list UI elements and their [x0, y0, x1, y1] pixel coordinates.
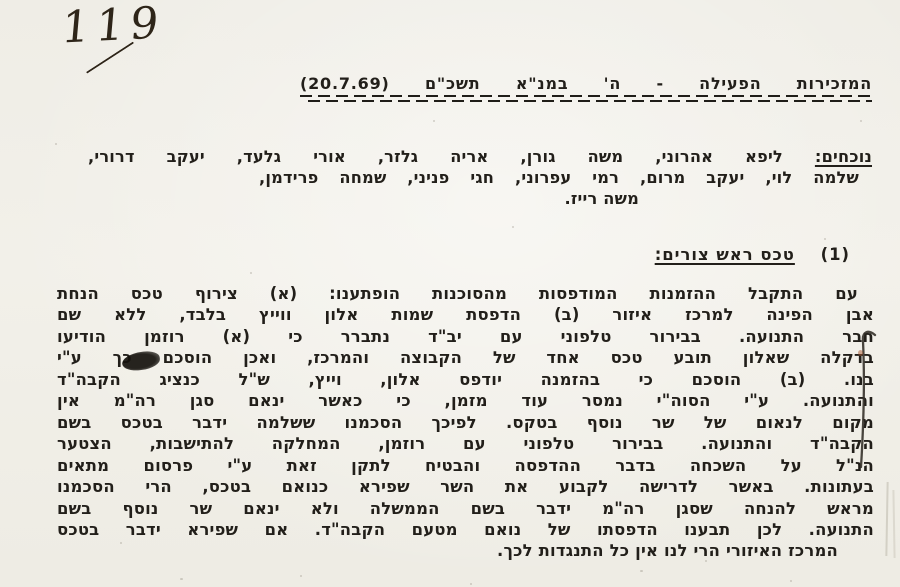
body-line: מקום לנאום של שר נוסף בטקס. לפיכך הסכמנו… [26, 412, 874, 433]
section-1-heading-row: (1) טכס ראש צורים: [655, 245, 850, 264]
attendees-line-2: שלמה לוי, יעקב מרום, רמי עפרוני, חגי פני… [259, 167, 859, 188]
faint-margin-line [892, 490, 895, 558]
attendees-line-3: משה רייז. [88, 188, 639, 209]
margin-pen-stroke [852, 328, 886, 478]
section-1-heading: טכס ראש צורים: [655, 245, 795, 264]
body-line: חבר התנועה. בבירור טלפוני עם יב"ד נתברר … [26, 326, 874, 347]
red-ink-dot [858, 350, 863, 356]
body-line: התנועה. לכן תבענו הדפסתו של נואם מטעם הק… [26, 519, 874, 540]
handwritten-page-number: 119 [59, 0, 166, 54]
attendees-label: נוכחים: [815, 147, 872, 166]
scanned-document-page: 119 המזכירות הפעילה - ה' במנ"א תשכ"ם (20… [0, 0, 900, 587]
attendees-line-1: נוכחים: ליפא אהרוני, משה גורן, אריה גלזר… [88, 146, 872, 167]
body-line: אבן הפינה למרכז איזור (ב) הדפסת שמות אלו… [26, 304, 874, 325]
attendees-names-1: ליפא אהרוני, משה גורן, אריה גלזר, אורי ג… [88, 147, 783, 166]
body-line: בעתונות. באשר לדרישה לקבוע את השר שפירא … [26, 476, 874, 497]
body-line: מראש להנחה שסגן רה"מ ידבר בשם הממשלה ולא… [26, 498, 874, 519]
document-title: המזכירות הפעילה - ה' במנ"א תשכ"ם (20.7.6… [300, 74, 872, 102]
body-line: המרכז האיזורי הרי לנו אין כל התנגדות לכך… [26, 540, 874, 561]
section-1-number: (1) [821, 245, 850, 264]
body-line: בנו. (ב) הוסכם כי בהזמנה יודפס אלון, ויי… [26, 369, 874, 390]
body-line: עם התקבל ההזמנות המודפסות מהסוכנות הופתע… [26, 283, 874, 304]
attendees-block: נוכחים: ליפא אהרוני, משה גורן, אריה גלזר… [88, 146, 872, 210]
body-line: והתנועה. ע"י הסוה"י נמסר עוד מזמן, כי כא… [26, 390, 874, 411]
body-line: הנ"ל על השכחה בדבר ההדפסה והבטיח לתקן זא… [26, 455, 874, 476]
faint-margin-line [885, 482, 888, 556]
section-1-paragraph: עם התקבל ההזמנות המודפסות מהסוכנות הופתע… [26, 283, 874, 562]
body-line: הקבה"ד והתנועה. בבירור טלפוני עם רוזמן, … [26, 433, 874, 454]
